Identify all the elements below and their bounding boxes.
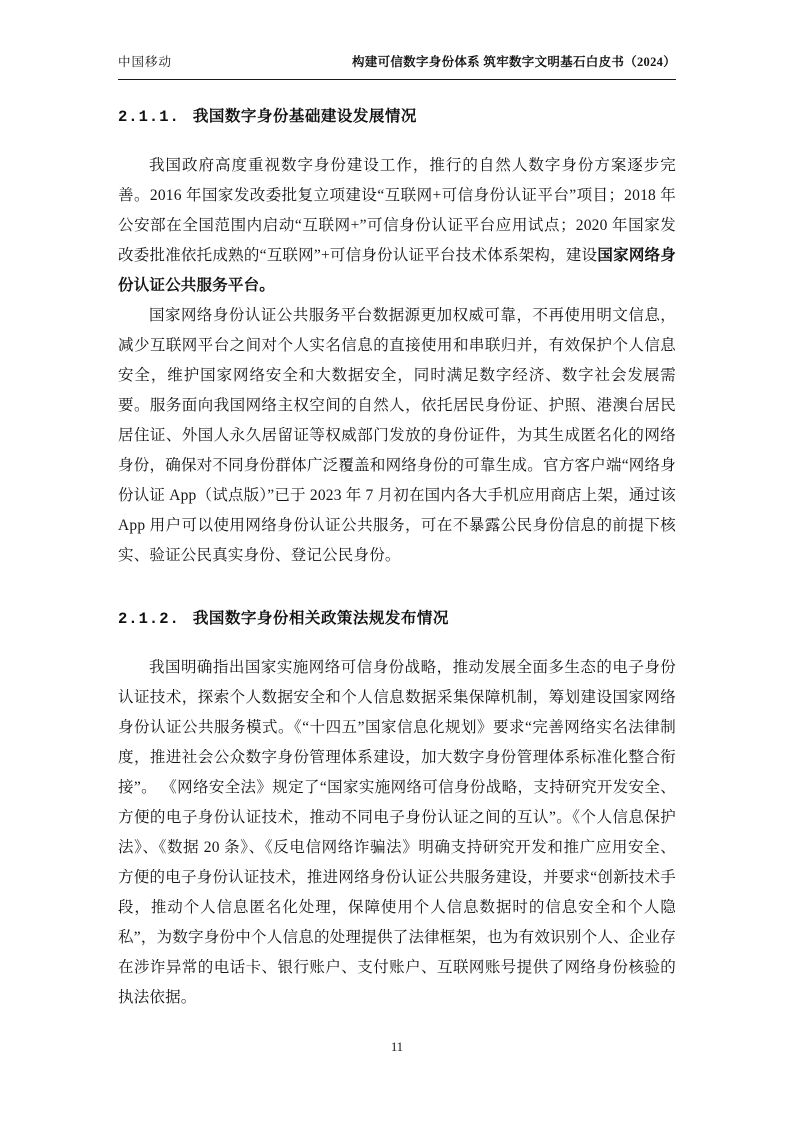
paragraph-infrastructure-development: 我国政府高度重视数字身份建设工作，推行的自然人数字身份方案逐步完善。2016 年… (118, 151, 676, 301)
body-text-run: 我国政府高度重视数字身份建设工作，推行的自然人数字身份方案逐步完善。2016 年… (118, 157, 676, 264)
heading-number: 2.1.2. (118, 610, 180, 628)
body-text-run: 国家网络身份认证公共服务平台数据源更加权威可靠，不再使用明文信息，减少互联网平台… (118, 307, 676, 564)
page-number: 11 (391, 1040, 403, 1054)
header-document-title: 构建可信数字身份体系 筑牢数字文明基石白皮书（2024） (352, 55, 676, 70)
heading-title: 我国数字身份基础建设发展情况 (193, 108, 417, 125)
paragraph-policy-regulations: 我国明确指出国家实施网络可信身份战略，推动发展全面多生态的电子身份认证技术，探索… (118, 653, 676, 1013)
heading-title: 我国数字身份相关政策法规发布情况 (193, 610, 449, 627)
paragraph-national-platform: 国家网络身份认证公共服务平台数据源更加权威可靠，不再使用明文信息，减少互联网平台… (118, 301, 676, 571)
page-footer: 11 (0, 1040, 794, 1055)
page-header: 中国移动 构建可信数字身份体系 筑牢数字文明基石白皮书（2024） (118, 55, 676, 80)
header-company-name: 中国移动 (118, 55, 172, 70)
page-content: 中国移动 构建可信数字身份体系 筑牢数字文明基石白皮书（2024） 2.1.1.… (0, 0, 794, 1013)
heading-number: 2.1.1. (118, 108, 180, 126)
section-heading-211: 2.1.1.我国数字身份基础建设发展情况 (118, 105, 676, 129)
body-text-run: 我国明确指出国家实施网络可信身份战略，推动发展全面多生态的电子身份认证技术，探索… (118, 659, 676, 1006)
section-heading-212: 2.1.2.我国数字身份相关政策法规发布情况 (118, 607, 676, 631)
document-page: 中国移动 构建可信数字身份体系 筑牢数字文明基石白皮书（2024） 2.1.1.… (0, 0, 794, 1123)
